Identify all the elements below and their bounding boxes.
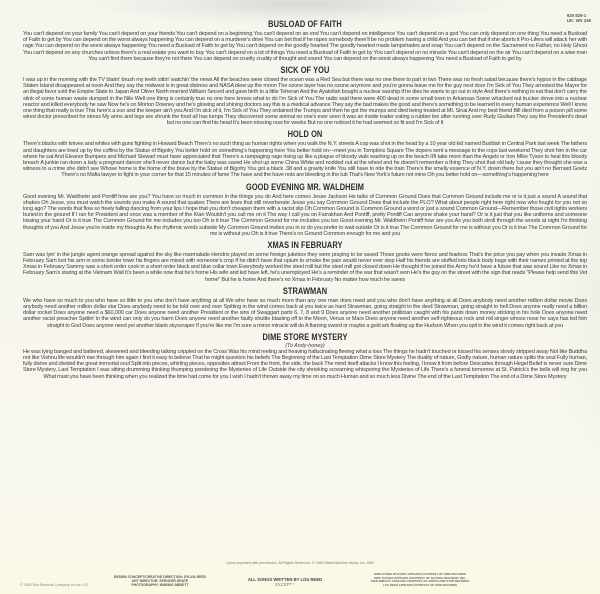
design-credits: DESIGN CONCEPT/CREATIVE DIRECTION: SYLVI…: [110, 575, 210, 587]
song-lyrics: Good evening Mr. Waldheim and Pontiff ho…: [23, 194, 587, 237]
song-hold-on: HOLD ON There's blacks with knives and w…: [23, 130, 587, 178]
song-title: HOLD ON: [85, 130, 525, 140]
song-title: XMAS IN FEBRUARY: [85, 241, 525, 251]
credit-line: PHOTOGRAPHY: WARING ABBOTT: [110, 583, 210, 587]
song-sick-of-you: SICK OF YOU I was up in the morning with…: [23, 66, 587, 127]
songwriter-credit: ALL SONGS WRITTEN BY LOU REED EXCEPT *: [225, 577, 345, 587]
song-lyrics: We who have so much to you who have so l…: [23, 298, 587, 329]
song-good-evening-mr-waldheim: GOOD EVENING MR. WALDHEIM Good evening M…: [23, 183, 587, 237]
song-lyrics: There's blacks with knives and whites wi…: [23, 141, 587, 178]
song-dime-store-mystery: DIME STORE MYSTERY (To Andy-honey) He wa…: [23, 333, 587, 380]
song-lyrics: I was up in the morning with the TV blar…: [23, 77, 587, 127]
except-line: EXCEPT *: [225, 582, 345, 587]
song-title: DIME STORE MYSTERY: [85, 333, 525, 343]
lyrics-column: BUSLOAD OF FAITH You can't depend on you…: [23, 20, 587, 384]
song-strawman: STRAWMAN We who have so much to you who …: [23, 287, 587, 329]
song-busload-of-faith: BUSLOAD OF FAITH You can't depend on you…: [23, 20, 587, 62]
song-lyrics: You can't depend on your family You can'…: [23, 31, 587, 62]
song-title: STRAWMAN: [85, 287, 525, 297]
lyrics-rights-notice: Lyrics reprinted with permission. All Ri…: [0, 561, 600, 565]
legal-line: LOU REED APPEARS COURTESY OF SIRE RECORD…: [335, 584, 505, 588]
song-lyrics: Sam was lyin' in the jungle agent orange…: [23, 252, 587, 283]
song-title: BUSLOAD OF FAITH: [85, 20, 525, 30]
record-company-copyright: © 1989 Sire Records Company for the U.S.: [20, 583, 89, 587]
appearance-courtesy-notes: DIME STORE MYSTERY APPEARS COURTESY OF S…: [335, 573, 505, 587]
song-lyrics: He was lying banged and battered, skewer…: [23, 349, 587, 380]
song-title: GOOD EVENING MR. WALDHEIM: [85, 183, 525, 193]
song-xmas-in-february: XMAS IN FEBRUARY Sam was lyin' in the ju…: [23, 241, 587, 283]
song-title: SICK OF YOU: [85, 66, 525, 76]
